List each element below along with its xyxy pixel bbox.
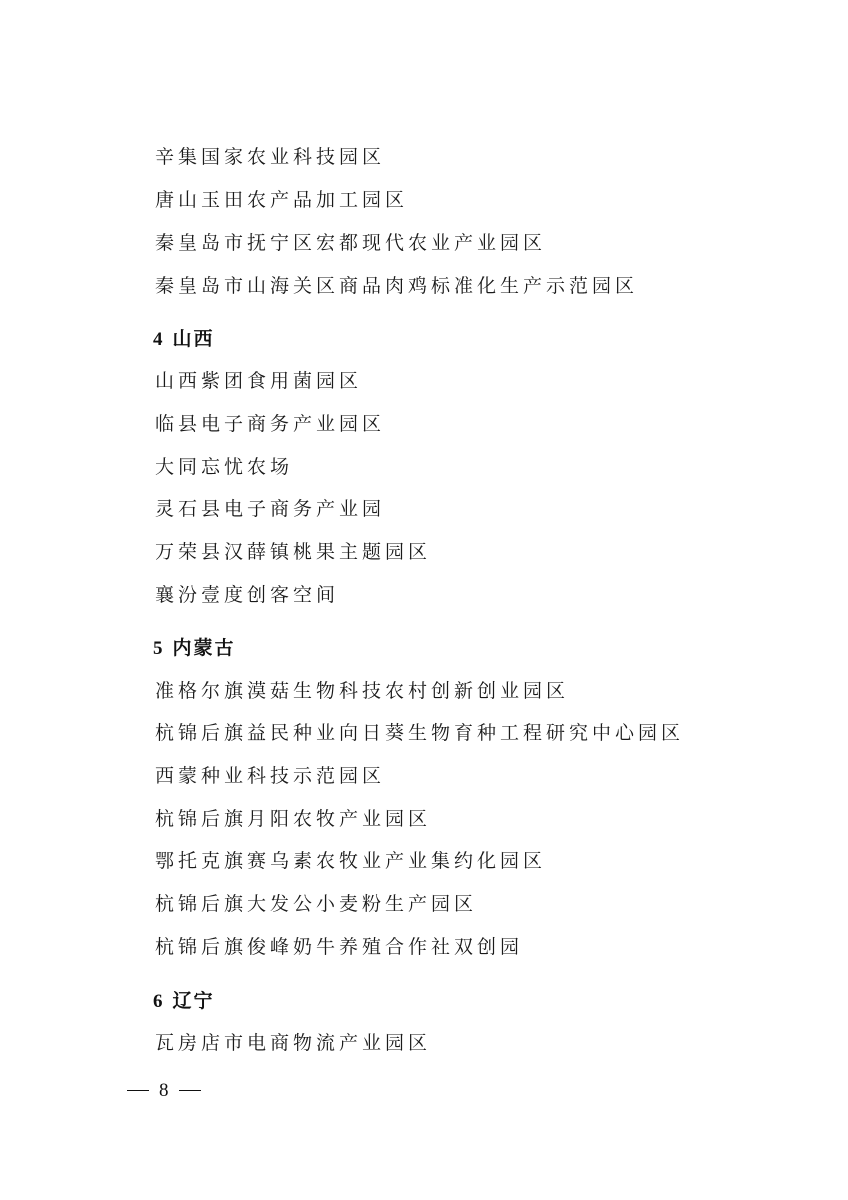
list-item: 秦皇岛市山海关区商品肉鸡标准化生产示范园区 [155, 275, 638, 297]
section-number: 4 [153, 329, 165, 350]
list-item: 唐山玉田农产品加工园区 [155, 189, 408, 211]
footer-dash-left [127, 1090, 149, 1092]
section-title: 山西 [173, 328, 215, 350]
list-item: 大同忘忧农场 [155, 456, 293, 478]
list-item: 辛集国家农业科技园区 [155, 146, 385, 168]
list-item: 灵石县电子商务产业园 [155, 498, 385, 520]
section-number: 5 [153, 638, 165, 659]
list-item: 秦皇岛市抚宁区宏都现代农业产业园区 [155, 232, 546, 254]
page-number: 8 [159, 1080, 169, 1101]
list-item: 准格尔旗漠菇生物科技农村创新创业园区 [155, 680, 569, 702]
list-item: 襄汾壹度创客空间 [155, 584, 339, 606]
list-item: 杭锦后旗月阳农牧产业园区 [155, 808, 431, 830]
section-heading-shanxi: 4山西 [153, 328, 215, 351]
document-page: 辛集国家农业科技园区 唐山玉田农产品加工园区 秦皇岛市抚宁区宏都现代农业产业园区… [0, 0, 848, 1200]
list-item: 杭锦后旗俊峰奶牛养殖合作社双创园 [155, 936, 523, 958]
section-heading-liaoning: 6辽宁 [153, 990, 215, 1013]
list-item: 杭锦后旗大发公小麦粉生产园区 [155, 893, 477, 915]
section-title: 辽宁 [173, 990, 215, 1012]
page-footer: 8 [127, 1080, 201, 1102]
footer-dash-right [179, 1090, 201, 1092]
list-item: 万荣县汉薛镇桃果主题园区 [155, 541, 431, 563]
list-item: 临县电子商务产业园区 [155, 413, 385, 435]
section-title: 内蒙古 [173, 637, 236, 659]
list-item: 杭锦后旗益民种业向日葵生物育种工程研究中心园区 [155, 722, 684, 744]
list-item: 鄂托克旗赛乌素农牧业产业集约化园区 [155, 850, 546, 872]
section-number: 6 [153, 991, 165, 1012]
list-item: 瓦房店市电商物流产业园区 [155, 1032, 431, 1054]
section-heading-inner-mongolia: 5内蒙古 [153, 637, 236, 660]
list-item: 山西紫团食用菌园区 [155, 370, 362, 392]
list-item: 西蒙种业科技示范园区 [155, 765, 385, 787]
